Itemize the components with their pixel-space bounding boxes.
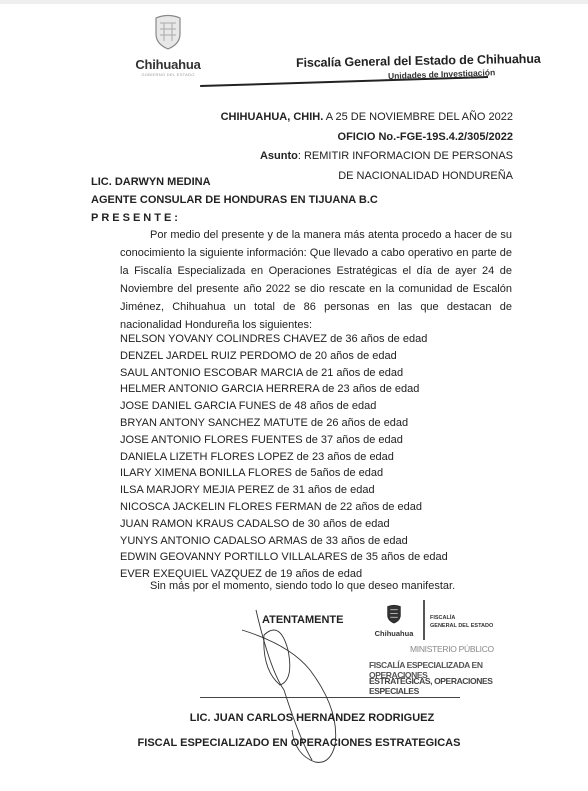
official-stamp: Chihuahua FISCALÍA GENERAL DEL ESTADO MI… xyxy=(366,600,536,692)
coat-of-arms-icon xyxy=(386,604,402,624)
page-top-edge xyxy=(0,0,588,4)
person-entry: EDWIN GEOVANNY PORTILLO VILLALARES de 35… xyxy=(120,549,448,566)
person-entry: SAUL ANTONIO ESCOBAR MARCIA de 21 años d… xyxy=(120,365,448,382)
person-entry: NICOSCA JACKELIN FLORES FERMAN de 22 año… xyxy=(120,499,448,516)
person-entry: JUAN RAMON KRAUS CADALSO de 30 años de e… xyxy=(120,516,448,533)
body-paragraph: Por medio del presente y de la manera má… xyxy=(120,226,512,334)
stamp-divider xyxy=(423,600,425,640)
person-entry: DENZEL JARDEL RUIZ PERDOMO de 20 años de… xyxy=(120,348,448,365)
handwritten-signature xyxy=(240,590,360,790)
person-entry: JOSE DANIEL GARCIA FUNES de 48 años de e… xyxy=(120,398,448,415)
stamp-line-1: MINISTERIO PÚBLICO xyxy=(410,644,494,654)
addressee-position: AGENTE CONSULAR DE HONDURAS EN TIJUANA B… xyxy=(91,191,378,209)
stamp-line-3: ESTRATÉGICAS, OPERACIONES ESPECIALES xyxy=(369,676,536,696)
addressee-name: LIC. DARWYN MEDINA xyxy=(91,173,378,191)
coat-of-arms-icon xyxy=(153,14,183,50)
stamp-logo: Chihuahua xyxy=(374,604,414,638)
stamp-logo-brand: Chihuahua xyxy=(374,629,414,638)
person-entry: ILARY XIMENA BONILLA FLORES de 5años de … xyxy=(120,465,448,482)
signer-title: FISCAL ESPECIALIZADO EN OPERACIONES ESTR… xyxy=(5,737,588,749)
person-entry: ILSA MARJORY MEJIA PEREZ de 31 años de e… xyxy=(120,482,448,499)
presente: PRESENTE: xyxy=(91,209,378,227)
addressee-block: LIC. DARWYN MEDINA AGENTE CONSULAR DE HO… xyxy=(91,173,378,227)
person-entry: HELMER ANTONIO GARCIA HERRERA de 23 años… xyxy=(120,381,448,398)
person-entry: BRYAN ANTONY SANCHEZ MATUTE de 26 años d… xyxy=(120,415,448,432)
institution-title: Fiscalía General del Estado de Chihuahua xyxy=(296,52,541,70)
chihuahua-logo: Chihuahua GOBIERNO DEL ESTADO xyxy=(128,14,208,77)
oficio-number: OFICIO No.-FGE-19S.4.2/305/2022 xyxy=(221,128,513,148)
asunto: Asunto: REMITIR INFORMACION DE PERSONAS xyxy=(221,147,513,167)
person-entry: DANIELA LIZETH FLORES LOPEZ de 23 años d… xyxy=(120,449,448,466)
logo-brand: Chihuahua xyxy=(128,57,208,72)
persons-list: NELSON YOVANY COLINDRES CHAVEZ de 36 año… xyxy=(120,331,448,583)
signer-name: LIC. JUAN CARLOS HERNANDEZ RODRIGUEZ xyxy=(18,712,588,724)
place-date: CHIHUAHUA, CHIH. A 25 DE NOVIEMBRE DEL A… xyxy=(221,108,513,128)
person-entry: NELSON YOVANY COLINDRES CHAVEZ de 36 año… xyxy=(120,331,448,348)
person-entry: JOSE ANTONIO FLORES FUENTES de 37 años d… xyxy=(120,432,448,449)
stamp-fiscalia: FISCALÍA GENERAL DEL ESTADO xyxy=(430,614,493,630)
logo-subtitle: GOBIERNO DEL ESTADO xyxy=(128,72,208,77)
unit-subtitle: Unidades de Investigación xyxy=(388,67,496,81)
person-entry: YUNYS ANTONIO CADALSO ARMAS de 33 años d… xyxy=(120,533,448,550)
